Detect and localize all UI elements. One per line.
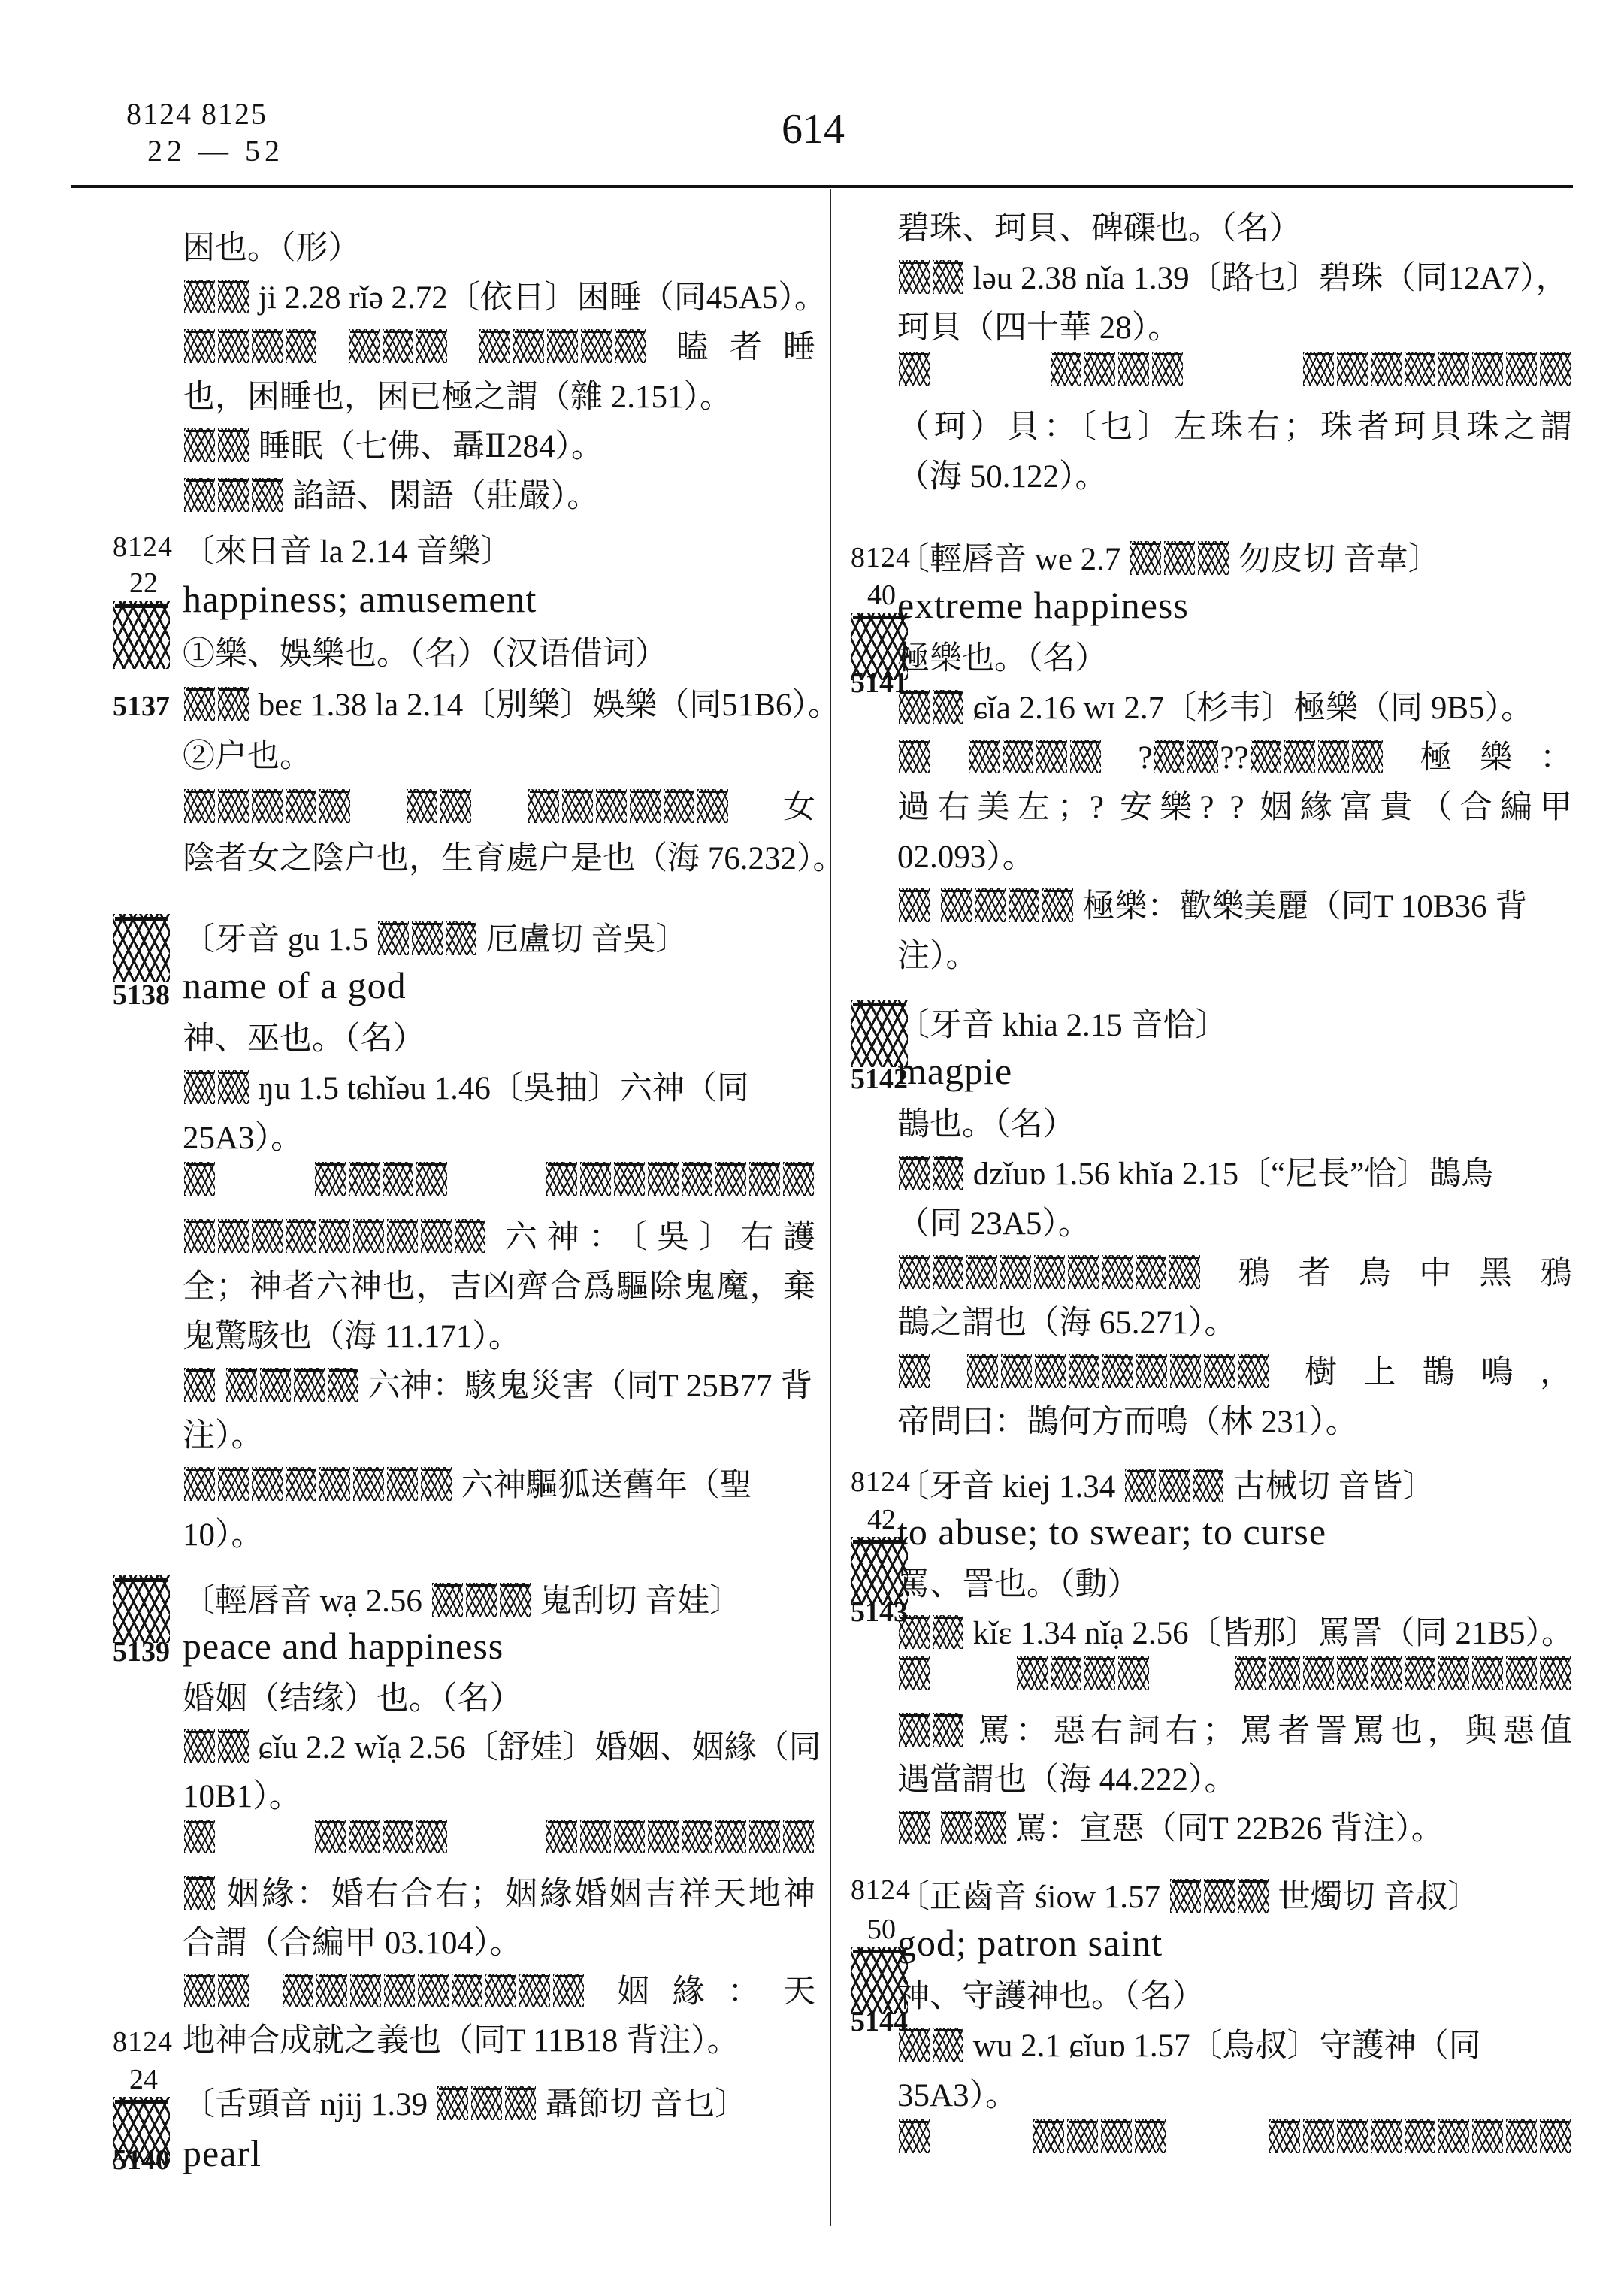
- tangut-glyph: [1303, 1656, 1334, 1690]
- tangut-glyph: [1152, 352, 1183, 386]
- header-entry-range-codes: 8124 8125: [126, 96, 284, 132]
- tangut-glyph: [1238, 1354, 1269, 1388]
- tangut-glyph: [252, 329, 283, 363]
- entry-line: 遇當謂也（海 44.222）。: [897, 1754, 1572, 1800]
- tangut-glyph: [1170, 1354, 1201, 1388]
- entry-line: 35A3）。: [897, 2070, 1572, 2116]
- tangut-glyph: [440, 789, 471, 823]
- tangut-glyph: [218, 329, 249, 363]
- entry-headword: [851, 1000, 908, 1069]
- tangut-glyph: [1118, 352, 1149, 386]
- tangut-glyph: [1371, 352, 1402, 386]
- tangut-glyph: [184, 478, 215, 512]
- entry-line: 女: [183, 782, 815, 827]
- page-number: 614: [782, 105, 845, 153]
- tangut-glyph: [316, 1974, 347, 2007]
- tangut-glyph: [715, 1162, 746, 1196]
- tangut-glyph: [485, 1974, 516, 2007]
- entry-line: [897, 1656, 1572, 1693]
- entry-line: [183, 1820, 815, 1856]
- tangut-glyph: [1001, 1354, 1032, 1388]
- tangut-glyph: [1371, 1656, 1402, 1690]
- tangut-glyph: [1540, 2119, 1571, 2153]
- tangut-glyph: [252, 1467, 283, 1501]
- tangut-glyph: [1269, 2119, 1300, 2153]
- tangut-glyph: [1405, 1656, 1435, 1690]
- tangut-glyph: [749, 1820, 780, 1853]
- tangut-glyph: [315, 1820, 346, 1853]
- tangut-glyph: [581, 329, 612, 363]
- entry-line: 25A3）。: [183, 1112, 815, 1158]
- entry-line: 神、巫也。（名）: [183, 1013, 815, 1059]
- tangut-glyph: [294, 1368, 325, 1402]
- entry-line: 諂語、閑語（莊嚴）。: [183, 470, 815, 516]
- tangut-glyph: [218, 687, 249, 721]
- tangut-glyph: [749, 1162, 780, 1196]
- tangut-glyph: [899, 2119, 930, 2153]
- entry-number: 5137: [113, 690, 170, 723]
- entry-line: ɕǐu 2.2 wǐạ 2.56〔舒娃〕婚姻、姻緣（同: [183, 1722, 815, 1768]
- tangut-glyph: [353, 1467, 384, 1501]
- tangut-glyph: [1084, 352, 1115, 386]
- entry-number: 5138: [113, 979, 170, 1012]
- entry-gloss-english: peace and happiness: [183, 1624, 815, 1668]
- tangut-glyph: [286, 329, 316, 363]
- tangut-glyph: [416, 1820, 447, 1853]
- tangut-glyph: [218, 280, 249, 313]
- entry-line: 六神：駭鬼災害（同T 25B77 背: [183, 1360, 815, 1406]
- entry-line: ??? 極樂：: [897, 732, 1572, 778]
- tangut-glyph: [614, 1820, 645, 1853]
- tangut-glyph: [184, 1820, 215, 1853]
- entry-headword-glyph: [851, 1000, 908, 1067]
- tangut-glyph: [682, 1162, 712, 1196]
- tangut-glyph: [933, 2028, 963, 2062]
- tangut-glyph: [941, 888, 972, 922]
- tangut-glyph: [899, 1656, 930, 1690]
- tangut-glyph: [1405, 352, 1435, 386]
- entry-line: 六神：〔吳〕右護: [183, 1212, 815, 1257]
- tangut-glyph: [562, 789, 593, 823]
- tangut-glyph: [407, 789, 437, 823]
- entry-line: 〔輕唇音 we 2.7 勿皮切 音韋〕: [897, 534, 1572, 579]
- tangut-glyph: [184, 1974, 215, 2007]
- tangut-glyph: [466, 1583, 497, 1617]
- entry-line: 〔舌頭音 njij 1.39 聶節切 音乜〕: [183, 2079, 815, 2125]
- tangut-glyph: [252, 1219, 283, 1253]
- entry-line: 困也。（形）: [183, 222, 815, 268]
- tangut-glyph: [1101, 2119, 1132, 2153]
- entry-line: wu 2.1 ɕǐuɒ 1.57〔烏叔〕守護神（同: [897, 2020, 1572, 2066]
- tangut-glyph: [353, 1219, 384, 1253]
- tangut-glyph: [933, 1255, 963, 1289]
- tangut-glyph: [319, 789, 350, 823]
- tangut-glyph: [184, 1729, 215, 1763]
- entry-line: 也，困睡也，困已極之謂（雜 2.151）。: [183, 371, 815, 417]
- entry-line: [897, 2119, 1572, 2156]
- entry-line: ŋu 1.5 tɕhǐəu 1.46〔吳抽〕六神（同: [183, 1063, 815, 1109]
- entry-number: 5139: [113, 1635, 170, 1668]
- entry-subcode: 40: [867, 579, 896, 612]
- tangut-glyph: [1303, 2119, 1334, 2153]
- tangut-glyph: [933, 690, 963, 724]
- tangut-glyph: [664, 789, 694, 823]
- tangut-glyph: [252, 478, 283, 512]
- tangut-glyph: [315, 1162, 346, 1196]
- tangut-glyph: [546, 1820, 577, 1853]
- tangut-glyph: [975, 888, 1006, 922]
- tangut-glyph: [933, 1156, 963, 1190]
- entry-subcode: 24: [129, 2063, 158, 2096]
- tangut-glyph: [218, 1070, 249, 1104]
- tangut-glyph: [1051, 1656, 1081, 1690]
- tangut-glyph: [328, 1368, 358, 1402]
- tangut-glyph: [421, 1219, 452, 1253]
- tangut-glyph: [1540, 1656, 1571, 1690]
- entry-line: 姻緣：天: [183, 1966, 815, 2012]
- tangut-glyph: [1164, 541, 1195, 575]
- tangut-glyph: [184, 1368, 215, 1402]
- tangut-glyph: [349, 1162, 380, 1196]
- tangut-glyph: [283, 1974, 313, 2007]
- tangut-glyph: [1204, 1354, 1235, 1388]
- entry-line: 樹上鵲鳴，: [897, 1347, 1572, 1393]
- entry-line: 帝問曰：鵲何方而鳴（林 231）。: [897, 1396, 1572, 1442]
- entry-line: 極樂也。（名）: [897, 633, 1572, 679]
- tangut-glyph: [479, 329, 510, 363]
- dictionary-page: 8124 8125 22 — 52 614 困也。（形） ji 2.28 rǐə…: [0, 0, 1624, 2278]
- tangut-glyph: [184, 329, 215, 363]
- entry-headword: [113, 601, 170, 671]
- entry-line: ji 2.28 rǐə 2.72〔依日〕困睡（同45A5）。: [183, 272, 815, 318]
- tangut-glyph: [783, 1820, 814, 1853]
- entry-gloss-english: pearl: [183, 2131, 815, 2175]
- entry-line: （同 23A5）。: [897, 1198, 1572, 1244]
- entry-line: 鵲也。（名）: [897, 1099, 1572, 1145]
- entry-number: 5142: [851, 1063, 908, 1096]
- entry-line: 罵：惡右詞右；罵者詈罵也，與惡值: [897, 1705, 1572, 1751]
- tangut-glyph: [1035, 1354, 1066, 1388]
- tangut-glyph: [899, 260, 930, 294]
- tangut-glyph: [218, 1467, 249, 1501]
- entry-headword-glyph: [113, 1575, 170, 1643]
- tangut-glyph: [1405, 2119, 1435, 2153]
- tangut-glyph: [519, 1974, 550, 2007]
- tangut-glyph: [967, 1354, 998, 1388]
- entry-code: 8124: [113, 531, 173, 564]
- tangut-glyph: [1136, 1255, 1166, 1289]
- entry-line: kǐɛ 1.34 nǐạ 2.56〔皆那〕罵詈（同 21B5）。: [897, 1608, 1572, 1653]
- tangut-glyph: [1102, 1255, 1133, 1289]
- tangut-glyph: [553, 1974, 584, 2007]
- tangut-glyph: [1102, 1354, 1133, 1388]
- tangut-glyph: [1036, 740, 1067, 773]
- tangut-glyph: [446, 921, 476, 955]
- tangut-glyph: [513, 329, 544, 363]
- entry-gloss-english: extreme happiness: [897, 583, 1572, 627]
- entry-line: 姻緣：婚右合右；姻緣婚姻吉祥天地神: [183, 1868, 815, 1914]
- tangut-glyph: [1337, 1656, 1368, 1690]
- tangut-glyph: [1204, 1879, 1235, 1913]
- entry-headword-glyph: [851, 1537, 908, 1605]
- tangut-glyph: [418, 1974, 449, 2007]
- tangut-glyph: [383, 1820, 413, 1853]
- header-rule: [71, 185, 1573, 188]
- entry-line: [183, 1162, 815, 1199]
- entry-number: 5140: [113, 2143, 170, 2177]
- tangut-glyph: [1154, 740, 1184, 773]
- entry-line: 珂貝（四十華 28）。: [897, 302, 1572, 348]
- entry-line: 注）。: [897, 930, 1572, 976]
- tangut-glyph: [184, 789, 215, 823]
- entry-line: 10）。: [183, 1509, 815, 1555]
- tangut-glyph: [416, 329, 447, 363]
- tangut-glyph: [941, 1811, 972, 1844]
- entry-subcode: 22: [129, 567, 158, 600]
- tangut-glyph: [1506, 1656, 1537, 1690]
- tangut-glyph: [286, 1467, 316, 1501]
- tangut-glyph: [252, 789, 283, 823]
- tangut-glyph: [1318, 740, 1349, 773]
- tangut-glyph: [387, 1467, 418, 1501]
- tangut-glyph: [1187, 740, 1218, 773]
- entry-line: 婚姻（结缘）也。（名）: [183, 1673, 815, 1719]
- tangut-glyph: [184, 1070, 215, 1104]
- tangut-glyph: [218, 1219, 249, 1253]
- tangut-glyph: [899, 1156, 930, 1190]
- tangut-glyph: [899, 1811, 930, 1844]
- tangut-glyph: [783, 1162, 814, 1196]
- tangut-glyph: [966, 1255, 997, 1289]
- tangut-glyph: [218, 428, 249, 462]
- tangut-glyph: [349, 329, 380, 363]
- tangut-glyph: [218, 789, 249, 823]
- entry-gloss-english: magpie: [897, 1049, 1572, 1093]
- tangut-glyph: [471, 2086, 502, 2120]
- tangut-glyph: [1034, 1255, 1065, 1289]
- tangut-glyph: [528, 789, 559, 823]
- entry-subcode: 50: [867, 1913, 896, 1946]
- tangut-glyph: [286, 789, 316, 823]
- entry-line: 〔輕唇音 wạ 2.56 嵬刮切 音娃〕: [183, 1575, 815, 1621]
- tangut-glyph: [1506, 2119, 1537, 2153]
- entry-line: dzǐuɒ 1.56 khǐa 2.15〔“尼長”恰〕鵲鳥: [897, 1148, 1572, 1194]
- tangut-glyph: [218, 1974, 249, 2007]
- tangut-glyph: [350, 1974, 381, 2007]
- tangut-glyph: [715, 1820, 746, 1853]
- entry-line: 六神驅狐送舊年（聖: [183, 1460, 815, 1505]
- tangut-glyph: [432, 1583, 463, 1617]
- tangut-glyph: [899, 740, 930, 773]
- tangut-glyph: [648, 1820, 679, 1853]
- tangut-glyph: [1472, 2119, 1503, 2153]
- tangut-glyph: [1438, 1656, 1469, 1690]
- entry-line: 陰者女之陰户也，生育處户是也（海 76.232）。: [183, 833, 815, 879]
- tangut-glyph: [899, 888, 930, 922]
- entry-line: 瞌者睡: [183, 322, 815, 368]
- tangut-glyph: [184, 1219, 215, 1253]
- tangut-glyph: [1371, 2119, 1402, 2153]
- entry-line: 合謂（合編甲 03.104）。: [183, 1917, 815, 1963]
- tangut-glyph: [630, 789, 661, 823]
- tangut-glyph: [1033, 2119, 1064, 2153]
- tangut-glyph: [1118, 1656, 1149, 1690]
- tangut-glyph: [184, 687, 215, 721]
- tangut-glyph: [218, 1729, 249, 1763]
- entry-gloss-english: name of a god: [183, 964, 815, 1007]
- tangut-glyph: [218, 478, 249, 512]
- tangut-glyph: [286, 1219, 316, 1253]
- tangut-glyph: [226, 1368, 257, 1402]
- tangut-glyph: [184, 1162, 215, 1196]
- tangut-glyph: [319, 1467, 350, 1501]
- tangut-glyph: [1193, 1469, 1223, 1502]
- tangut-glyph: [933, 1713, 963, 1747]
- tangut-glyph: [1159, 1469, 1190, 1502]
- tangut-glyph: [1472, 352, 1503, 386]
- tangut-glyph: [1238, 1879, 1269, 1913]
- tangut-glyph: [184, 1467, 215, 1501]
- header-entry-range-subcodes: 22 — 52: [126, 133, 284, 168]
- tangut-glyph: [614, 1162, 645, 1196]
- tangut-glyph: [933, 260, 963, 294]
- tangut-glyph: [1070, 740, 1101, 773]
- tangut-glyph: [975, 1811, 1006, 1844]
- tangut-glyph: [383, 1162, 413, 1196]
- tangut-glyph: [437, 2086, 468, 2120]
- entry-headword-glyph: [851, 1947, 908, 2014]
- entry-line: 地神合成就之義也（同T 11B18 背注）。: [183, 2015, 815, 2061]
- entry-line: 02.093）。: [897, 831, 1572, 877]
- entry-line: 鴉者鳥中黑鴉: [897, 1248, 1572, 1293]
- tangut-glyph: [378, 921, 409, 955]
- entry-line: 〔來日音 la 2.14 音樂〕: [183, 526, 815, 572]
- tangut-glyph: [969, 740, 1000, 773]
- tangut-glyph: [1017, 1656, 1048, 1690]
- tangut-glyph: [455, 1219, 485, 1253]
- tangut-glyph: [1284, 740, 1315, 773]
- entry-line: 〔牙音 kiej 1.34 古械切 音皆〕: [897, 1461, 1572, 1507]
- tangut-glyph: [1135, 2119, 1166, 2153]
- tangut-glyph: [384, 1974, 415, 2007]
- entry-number: 5143: [851, 1596, 908, 1629]
- entry-code: 8124: [851, 541, 911, 574]
- tangut-glyph: [184, 428, 215, 462]
- tangut-glyph: [1003, 740, 1033, 773]
- entry-line: 10B1）。: [183, 1771, 815, 1817]
- tangut-glyph: [1084, 1656, 1115, 1690]
- tangut-glyph: [184, 280, 215, 313]
- tangut-glyph: [505, 2086, 536, 2120]
- entry-line: 〔牙音 khia 2.15 音恰〕: [897, 1000, 1572, 1045]
- tangut-glyph: [260, 1368, 291, 1402]
- entry-line: [897, 352, 1572, 389]
- tangut-glyph: [1352, 740, 1383, 773]
- entry-line: 鵲之謂也（海 65.271）。: [897, 1297, 1572, 1343]
- tangut-glyph: [580, 1820, 611, 1853]
- entry-line: 睡眠（七佛、聶Ⅱ284）。: [183, 421, 815, 467]
- tangut-glyph: [1438, 2119, 1469, 2153]
- entry-subcode: 42: [867, 1503, 896, 1536]
- tangut-glyph: [1170, 1879, 1201, 1913]
- tangut-glyph: [899, 352, 930, 386]
- entry-line: 全；神者六神也，吉凶齊合爲驅除鬼魔，棄: [183, 1261, 815, 1307]
- tangut-glyph: [1198, 541, 1229, 575]
- entry-headword: [113, 914, 170, 984]
- tangut-glyph: [1235, 1656, 1266, 1690]
- tangut-glyph: [1540, 352, 1571, 386]
- entry-gloss-english: happiness; amusement: [183, 577, 815, 621]
- tangut-glyph: [383, 329, 413, 363]
- tangut-glyph: [1337, 352, 1368, 386]
- tangut-glyph: [1337, 2119, 1368, 2153]
- tangut-glyph: [1472, 1656, 1503, 1690]
- tangut-glyph: [184, 1876, 215, 1910]
- tangut-glyph: [1169, 1255, 1200, 1289]
- entry-line: 〔正齒音 śiow 1.57 世燭切 音叔〕: [897, 1871, 1572, 1917]
- entry-line: 過右美左；? 安樂? ? 姻緣富貴（合編甲: [897, 782, 1572, 827]
- tangut-glyph: [1136, 1354, 1167, 1388]
- tangut-glyph: [1130, 541, 1161, 575]
- tangut-glyph: [349, 1820, 380, 1853]
- entry-headword-glyph: [113, 601, 170, 669]
- tangut-glyph: [547, 329, 578, 363]
- entry-line: beɛ 1.38 la 2.14〔別樂〕娛樂（同51B6）。: [183, 679, 815, 725]
- entry-code: 8124: [113, 2025, 173, 2059]
- tangut-glyph: [580, 1162, 611, 1196]
- tangut-glyph: [1009, 888, 1039, 922]
- entry-line: 碧珠、珂貝、碑磲也。（名）: [897, 203, 1572, 249]
- entry-line: （珂）貝：〔乜〕左珠右；珠者珂貝珠之謂: [897, 401, 1572, 447]
- entry-line: 鬼驚駭也（海 11.171）。: [183, 1311, 815, 1357]
- tangut-glyph: [416, 1162, 447, 1196]
- column-divider: [830, 189, 831, 2226]
- entry-line: 〔牙音 gu 1.5 厄盧切 音吳〕: [183, 914, 815, 960]
- tangut-glyph: [500, 1583, 531, 1617]
- tangut-glyph: [899, 1713, 930, 1747]
- tangut-glyph: [899, 1255, 930, 1289]
- tangut-glyph: [899, 1354, 930, 1388]
- tangut-glyph: [1069, 1354, 1099, 1388]
- tangut-glyph: [1303, 352, 1334, 386]
- entry-code: 8124: [851, 1466, 911, 1499]
- tangut-glyph: [1125, 1469, 1156, 1502]
- tangut-glyph: [1068, 1255, 1099, 1289]
- entry-line: 注）。: [183, 1410, 815, 1456]
- tangut-glyph: [319, 1219, 350, 1253]
- entry-line: ɕǐa 2.16 wɪ 2.7〔杉韦〕極樂（同 9B5）。: [897, 682, 1572, 728]
- tangut-glyph: [596, 789, 627, 823]
- tangut-glyph: [648, 1162, 679, 1196]
- entry-line: ②户也。: [183, 731, 815, 776]
- tangut-glyph: [1067, 2119, 1098, 2153]
- tangut-glyph: [682, 1820, 712, 1853]
- tangut-glyph: [615, 329, 646, 363]
- entry-number: 5144: [851, 2005, 908, 2038]
- tangut-glyph: [421, 1467, 452, 1501]
- entry-code: 8124: [851, 1874, 911, 1907]
- entry-gloss-english: god; patron saint: [897, 1921, 1572, 1965]
- entry-line: 罵、詈也。（動）: [897, 1559, 1572, 1605]
- tangut-glyph: [1251, 740, 1281, 773]
- header-entry-range: 8124 8125 22 — 52: [126, 96, 284, 168]
- entry-gloss-english: to abuse; to swear; to curse: [897, 1510, 1572, 1553]
- entry-line: （海 50.122）。: [897, 451, 1572, 497]
- tangut-glyph: [1506, 352, 1537, 386]
- tangut-glyph: [1000, 1255, 1031, 1289]
- tangut-glyph: [1269, 1656, 1300, 1690]
- tangut-glyph: [412, 921, 443, 955]
